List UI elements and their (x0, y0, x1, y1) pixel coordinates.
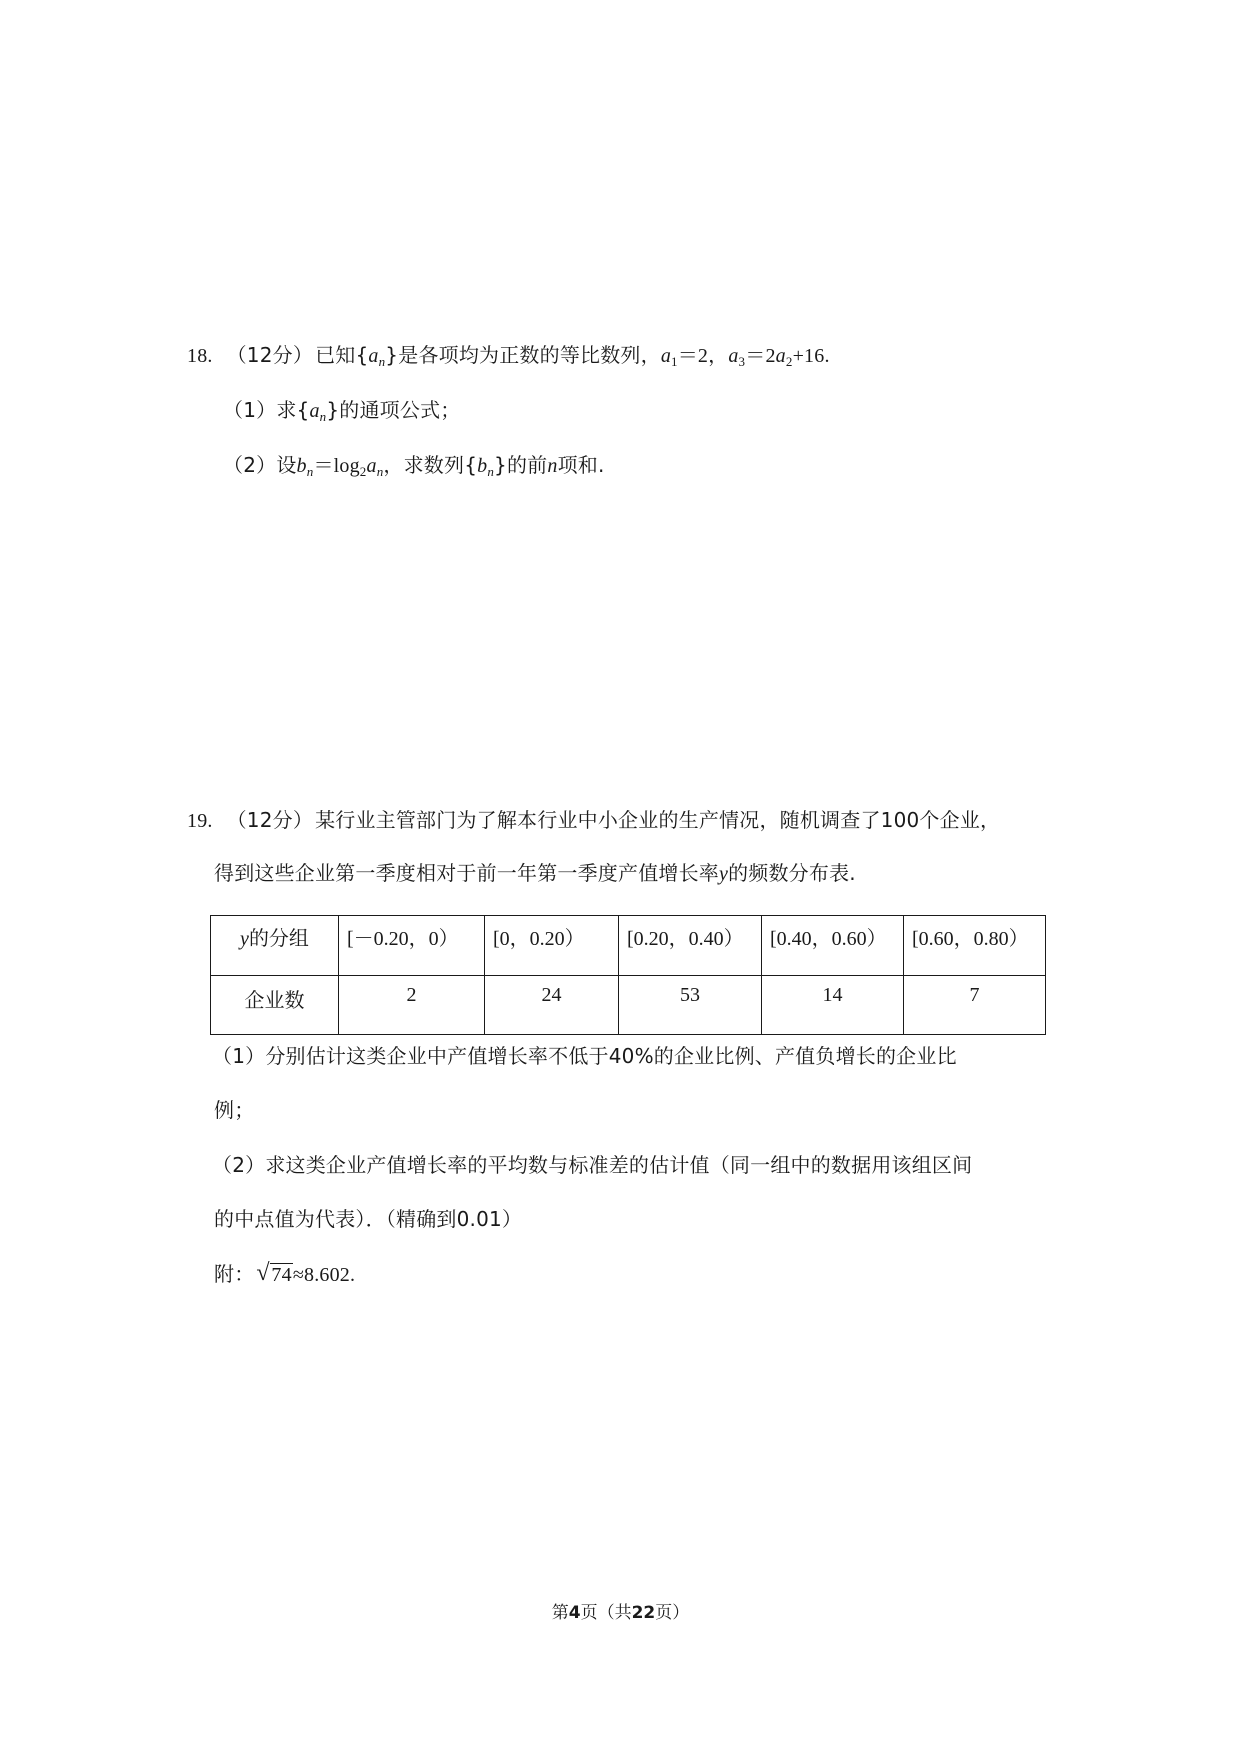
page-footer: 第4页（共22页） (0, 1598, 1241, 1623)
q19-stem-line-2: 得到这些企业第一季度相对于前一年第一季度产值增长率y的频数分布表. (214, 859, 856, 888)
q19-score: （12分） (227, 808, 313, 832)
table-cell-count: 2 (339, 976, 485, 1035)
table-cell-count: 53 (619, 976, 762, 1035)
table-header-cell: 企业数 (211, 976, 339, 1035)
frequency-table: y的分组 [－0.20，0） [0，0.20） [0.20，0.40） [0.4… (210, 915, 1046, 1035)
table-cell-group: [0.20，0.40） (619, 916, 762, 976)
table-row-groups: y的分组 [－0.20，0） [0，0.20） [0.20，0.40） [0.4… (211, 916, 1046, 976)
table-cell-count: 7 (904, 976, 1046, 1035)
q18-part-2: （2）设bn＝log2an，求数列{bn}的前n项和. (223, 451, 605, 480)
table-cell-count: 24 (485, 976, 619, 1035)
table-cell-group: [－0.20，0） (339, 916, 485, 976)
table-cell-group: [0.60，0.80） (904, 916, 1046, 976)
q19-note: 附：√74≈8.602. (214, 1260, 355, 1289)
square-root: √74 (256, 1261, 292, 1289)
q19-part-2-line-1: （2）求这类企业产值增长率的平均数与标准差的估计值（同一组中的数据用该组区间 (212, 1151, 972, 1179)
page-number: 4 (569, 1603, 581, 1623)
part-label: （2） (223, 453, 276, 477)
table-cell-count: 14 (762, 976, 904, 1035)
q19-part-1-line-1: （1）分别估计这类企业中产值增长率不低于40%的企业比例、产值负增长的企业比 (212, 1042, 957, 1070)
q18-part-1: （1）求{an}的通项公式； (223, 396, 460, 425)
q18-number: 18. (187, 342, 213, 370)
page-total: 22 (632, 1603, 656, 1623)
radical-icon: √ (256, 1259, 269, 1287)
q19-part-1-line-2: 例； (214, 1096, 254, 1124)
table-header-cell: y的分组 (211, 916, 339, 976)
q18-score: （12分） (227, 343, 313, 367)
part-label: （1） (223, 398, 276, 422)
q18-stem: 18.（12分）已知{an}是各项均为正数的等比数列，a1＝2，a3＝2a2+1… (187, 341, 830, 370)
q19-part-2-line-2: 的中点值为代表）．（精确到0.01） (214, 1205, 522, 1233)
table-row-counts: 企业数 2 24 53 14 7 (211, 976, 1046, 1035)
q19-number: 19. (187, 807, 213, 835)
table-cell-group: [0.40，0.60） (762, 916, 904, 976)
table-cell-group: [0，0.20） (485, 916, 619, 976)
q19-stem-line-1: 19.（12分）某行业主管部门为了解本行业中小企业的生产情况，随机调查了100个… (187, 806, 1000, 835)
